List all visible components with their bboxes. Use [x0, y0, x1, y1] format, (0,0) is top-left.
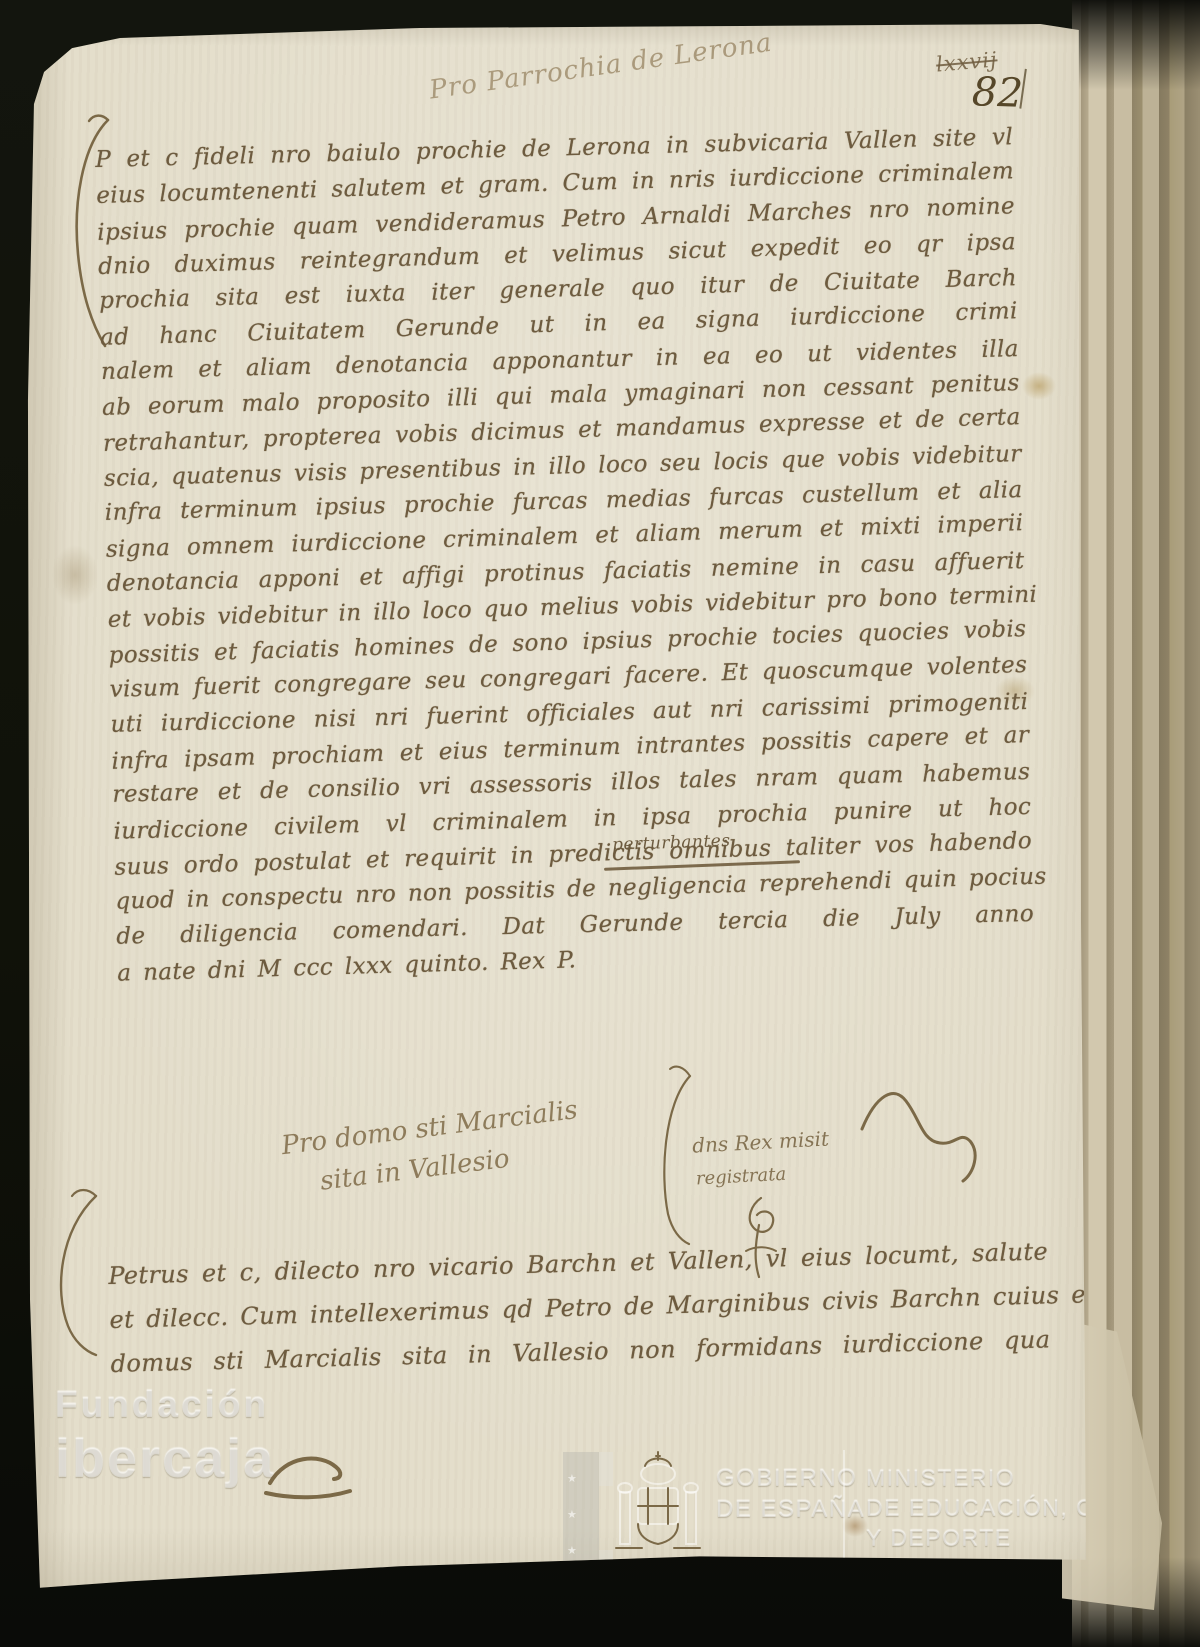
pen-flourish-icon — [856, 1083, 986, 1188]
ibercaja-swirl-icon — [262, 1445, 357, 1505]
manuscript-page: Pro Parrochia de Lerona lxxvij 82 P et c… — [0, 0, 1200, 1647]
second-text-block: Petrus et c, dilecto nro vicario Barchn … — [108, 1237, 1051, 1394]
annotation-line: dns Rex misit — [691, 1121, 829, 1162]
watermark-divider-line — [843, 1450, 845, 1568]
initial-bracket-flourish-icon — [50, 1186, 110, 1361]
flag-notch — [599, 1452, 613, 1486]
annotation-line: registrata — [695, 1155, 832, 1196]
watermark-text: Fundación — [55, 1384, 275, 1426]
fundacion-ibercaja-watermark: Fundación ibercaja — [55, 1384, 275, 1490]
interlinear-addition: perturbantes — [612, 831, 731, 855]
star-icon: ★ — [567, 1472, 577, 1485]
manuscript-photo: Pro Parrochia de Lerona lxxvij 82 P et c… — [0, 0, 1200, 1647]
star-icon: ★ — [567, 1544, 577, 1557]
eu-flag-watermark: ★ ★ ★ — [563, 1452, 599, 1580]
main-text-block: P et c fideli nro baiulo prochie de Lero… — [95, 123, 1036, 995]
paper-stain — [1022, 372, 1056, 400]
paper-stain — [52, 545, 98, 605]
spain-coat-of-arms-icon — [612, 1452, 704, 1574]
star-icon: ★ — [567, 1508, 577, 1521]
watermark-text: ibercaja — [55, 1428, 275, 1490]
flag-notch — [599, 1550, 613, 1580]
folio-page-number: 82 — [971, 69, 1023, 117]
marginal-annotation-right: dns Rex misit registrata — [691, 1121, 831, 1196]
paper-stain — [760, 1565, 880, 1591]
